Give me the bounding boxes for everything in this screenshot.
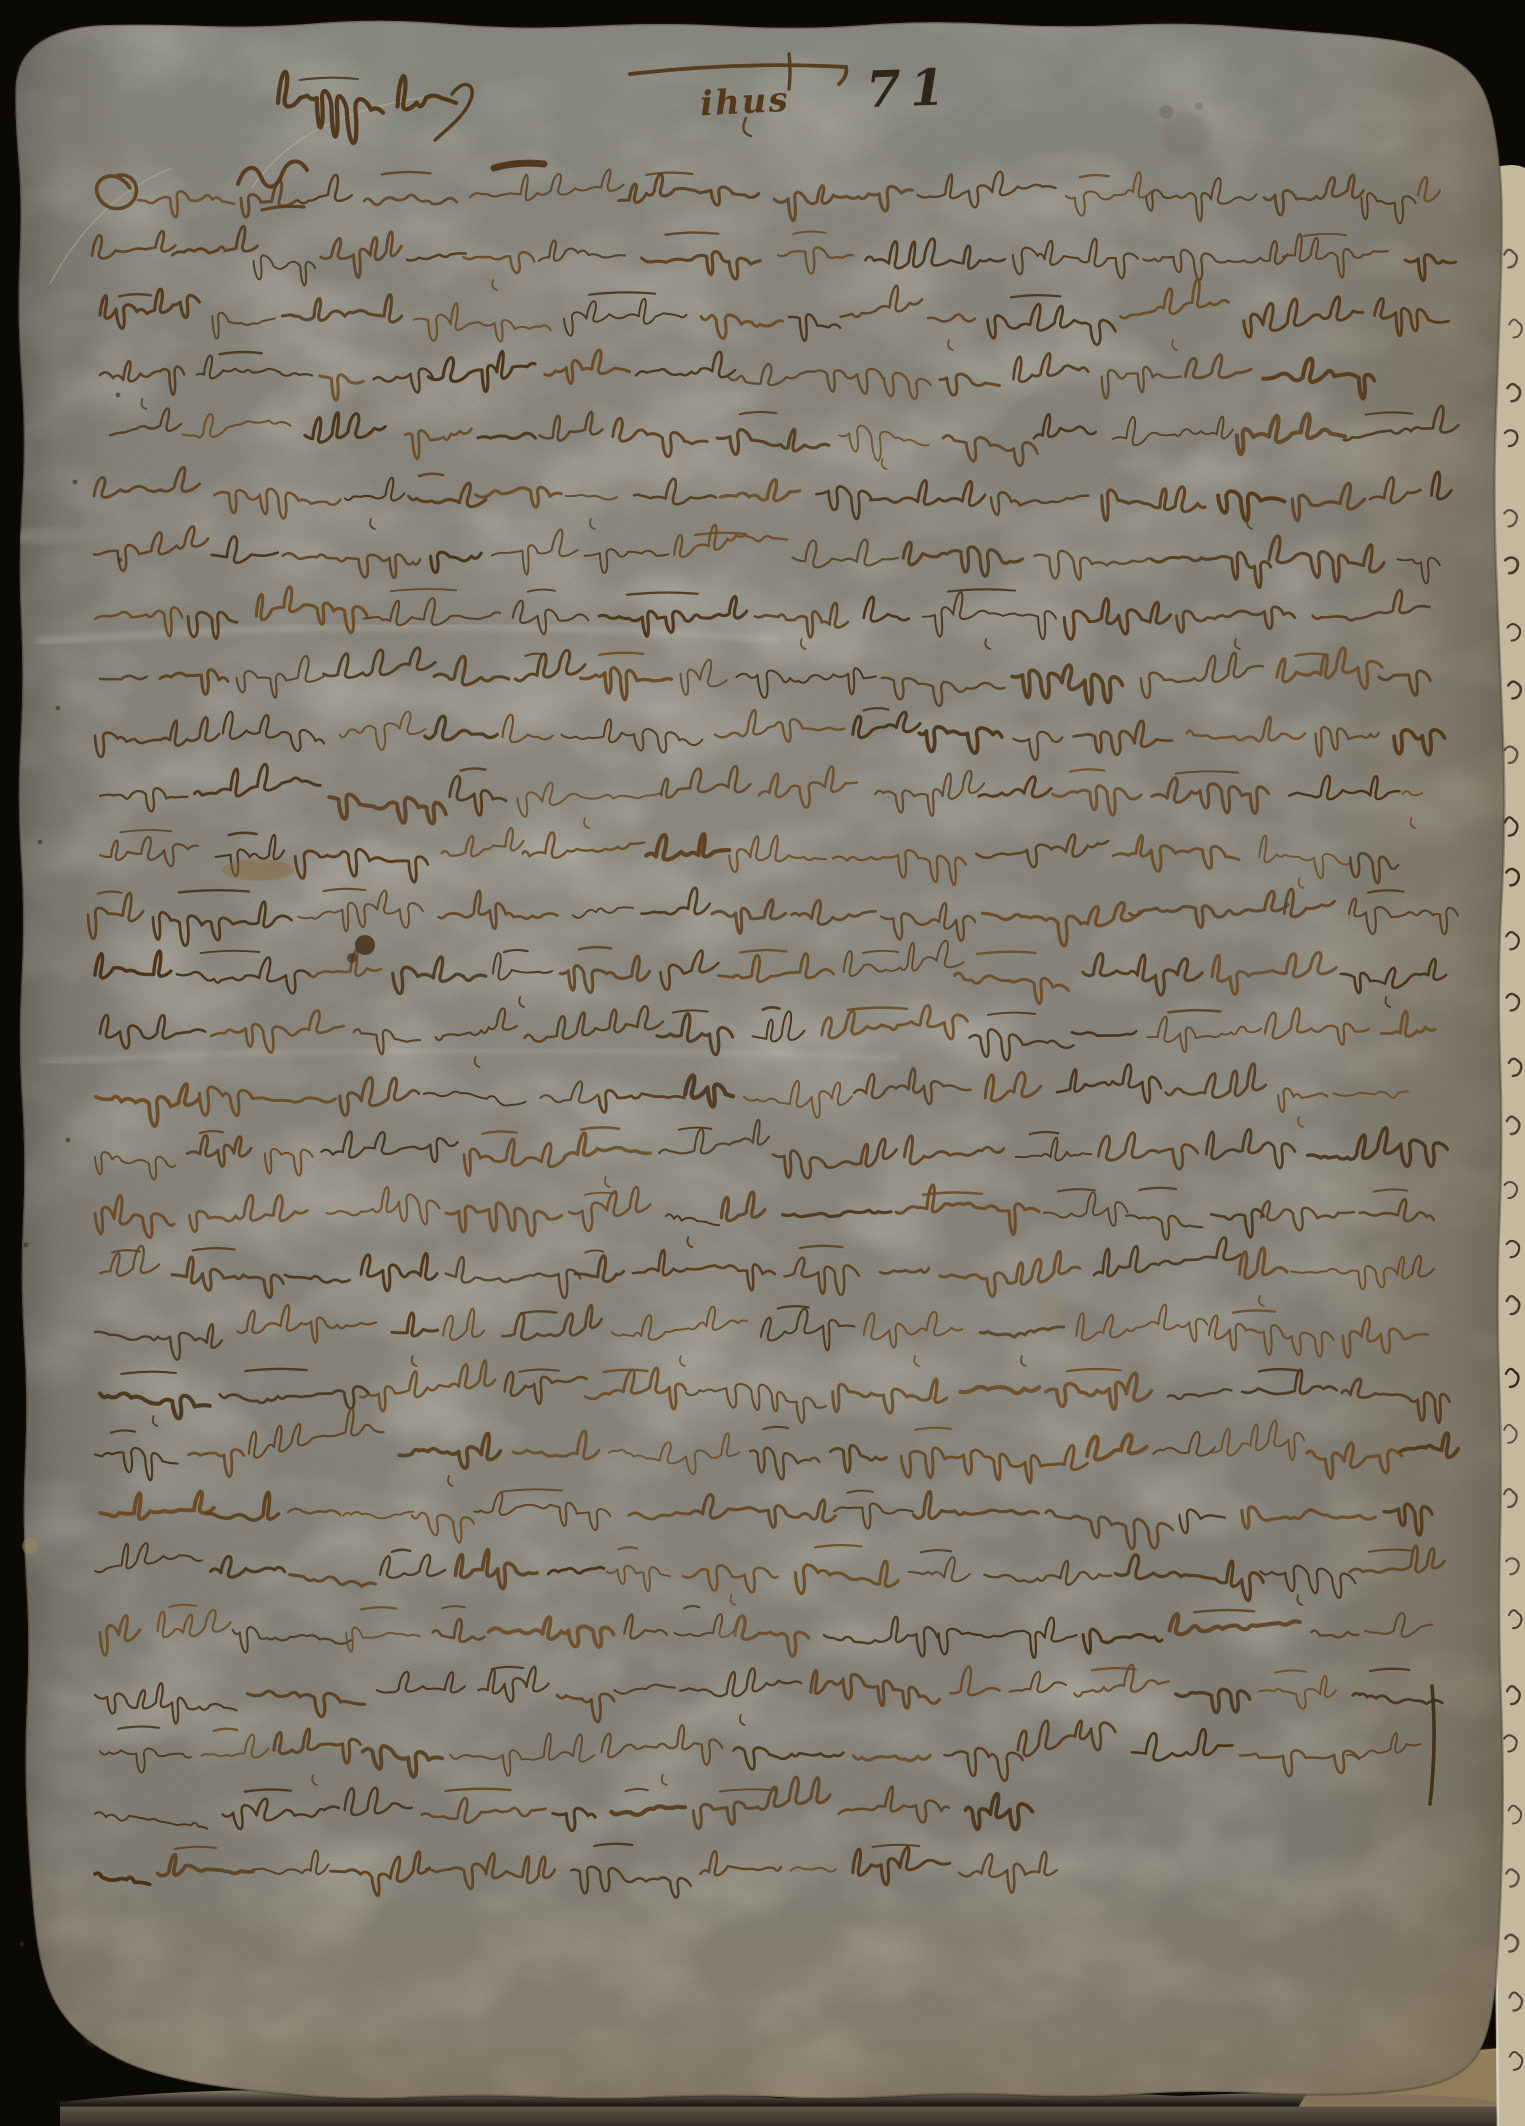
ink-speck [20, 1942, 25, 1947]
smudge-streak [2, 528, 126, 544]
ink-blot [1162, 112, 1210, 160]
ink-speck [73, 480, 78, 485]
ink-blot [85, 2025, 105, 2045]
ink-speck [38, 840, 43, 845]
ink-speck [66, 1138, 71, 1143]
ink-blot [712, 1628, 740, 1656]
ink-blot [22, 1538, 38, 1554]
manuscript-photo: ihus 71 [0, 0, 1525, 2126]
ink-speck [56, 706, 61, 711]
ink-blot [1159, 105, 1173, 119]
ink-speck [118, 558, 123, 563]
manuscript-scene: ihus 71 [0, 0, 1525, 2126]
ink-blot [1195, 102, 1203, 110]
ink-blot [355, 935, 375, 955]
smudge-streaks [2, 528, 126, 544]
folio-number: 71 [865, 57, 955, 119]
ink-speck [116, 393, 121, 398]
pen-flourish [789, 54, 790, 89]
bottom-shading [15, 21, 1504, 2099]
ink-blot [222, 859, 294, 881]
ink-blot [1038, 1298, 1062, 1322]
ink-blot [347, 953, 357, 963]
ink-speck [24, 1243, 29, 1248]
